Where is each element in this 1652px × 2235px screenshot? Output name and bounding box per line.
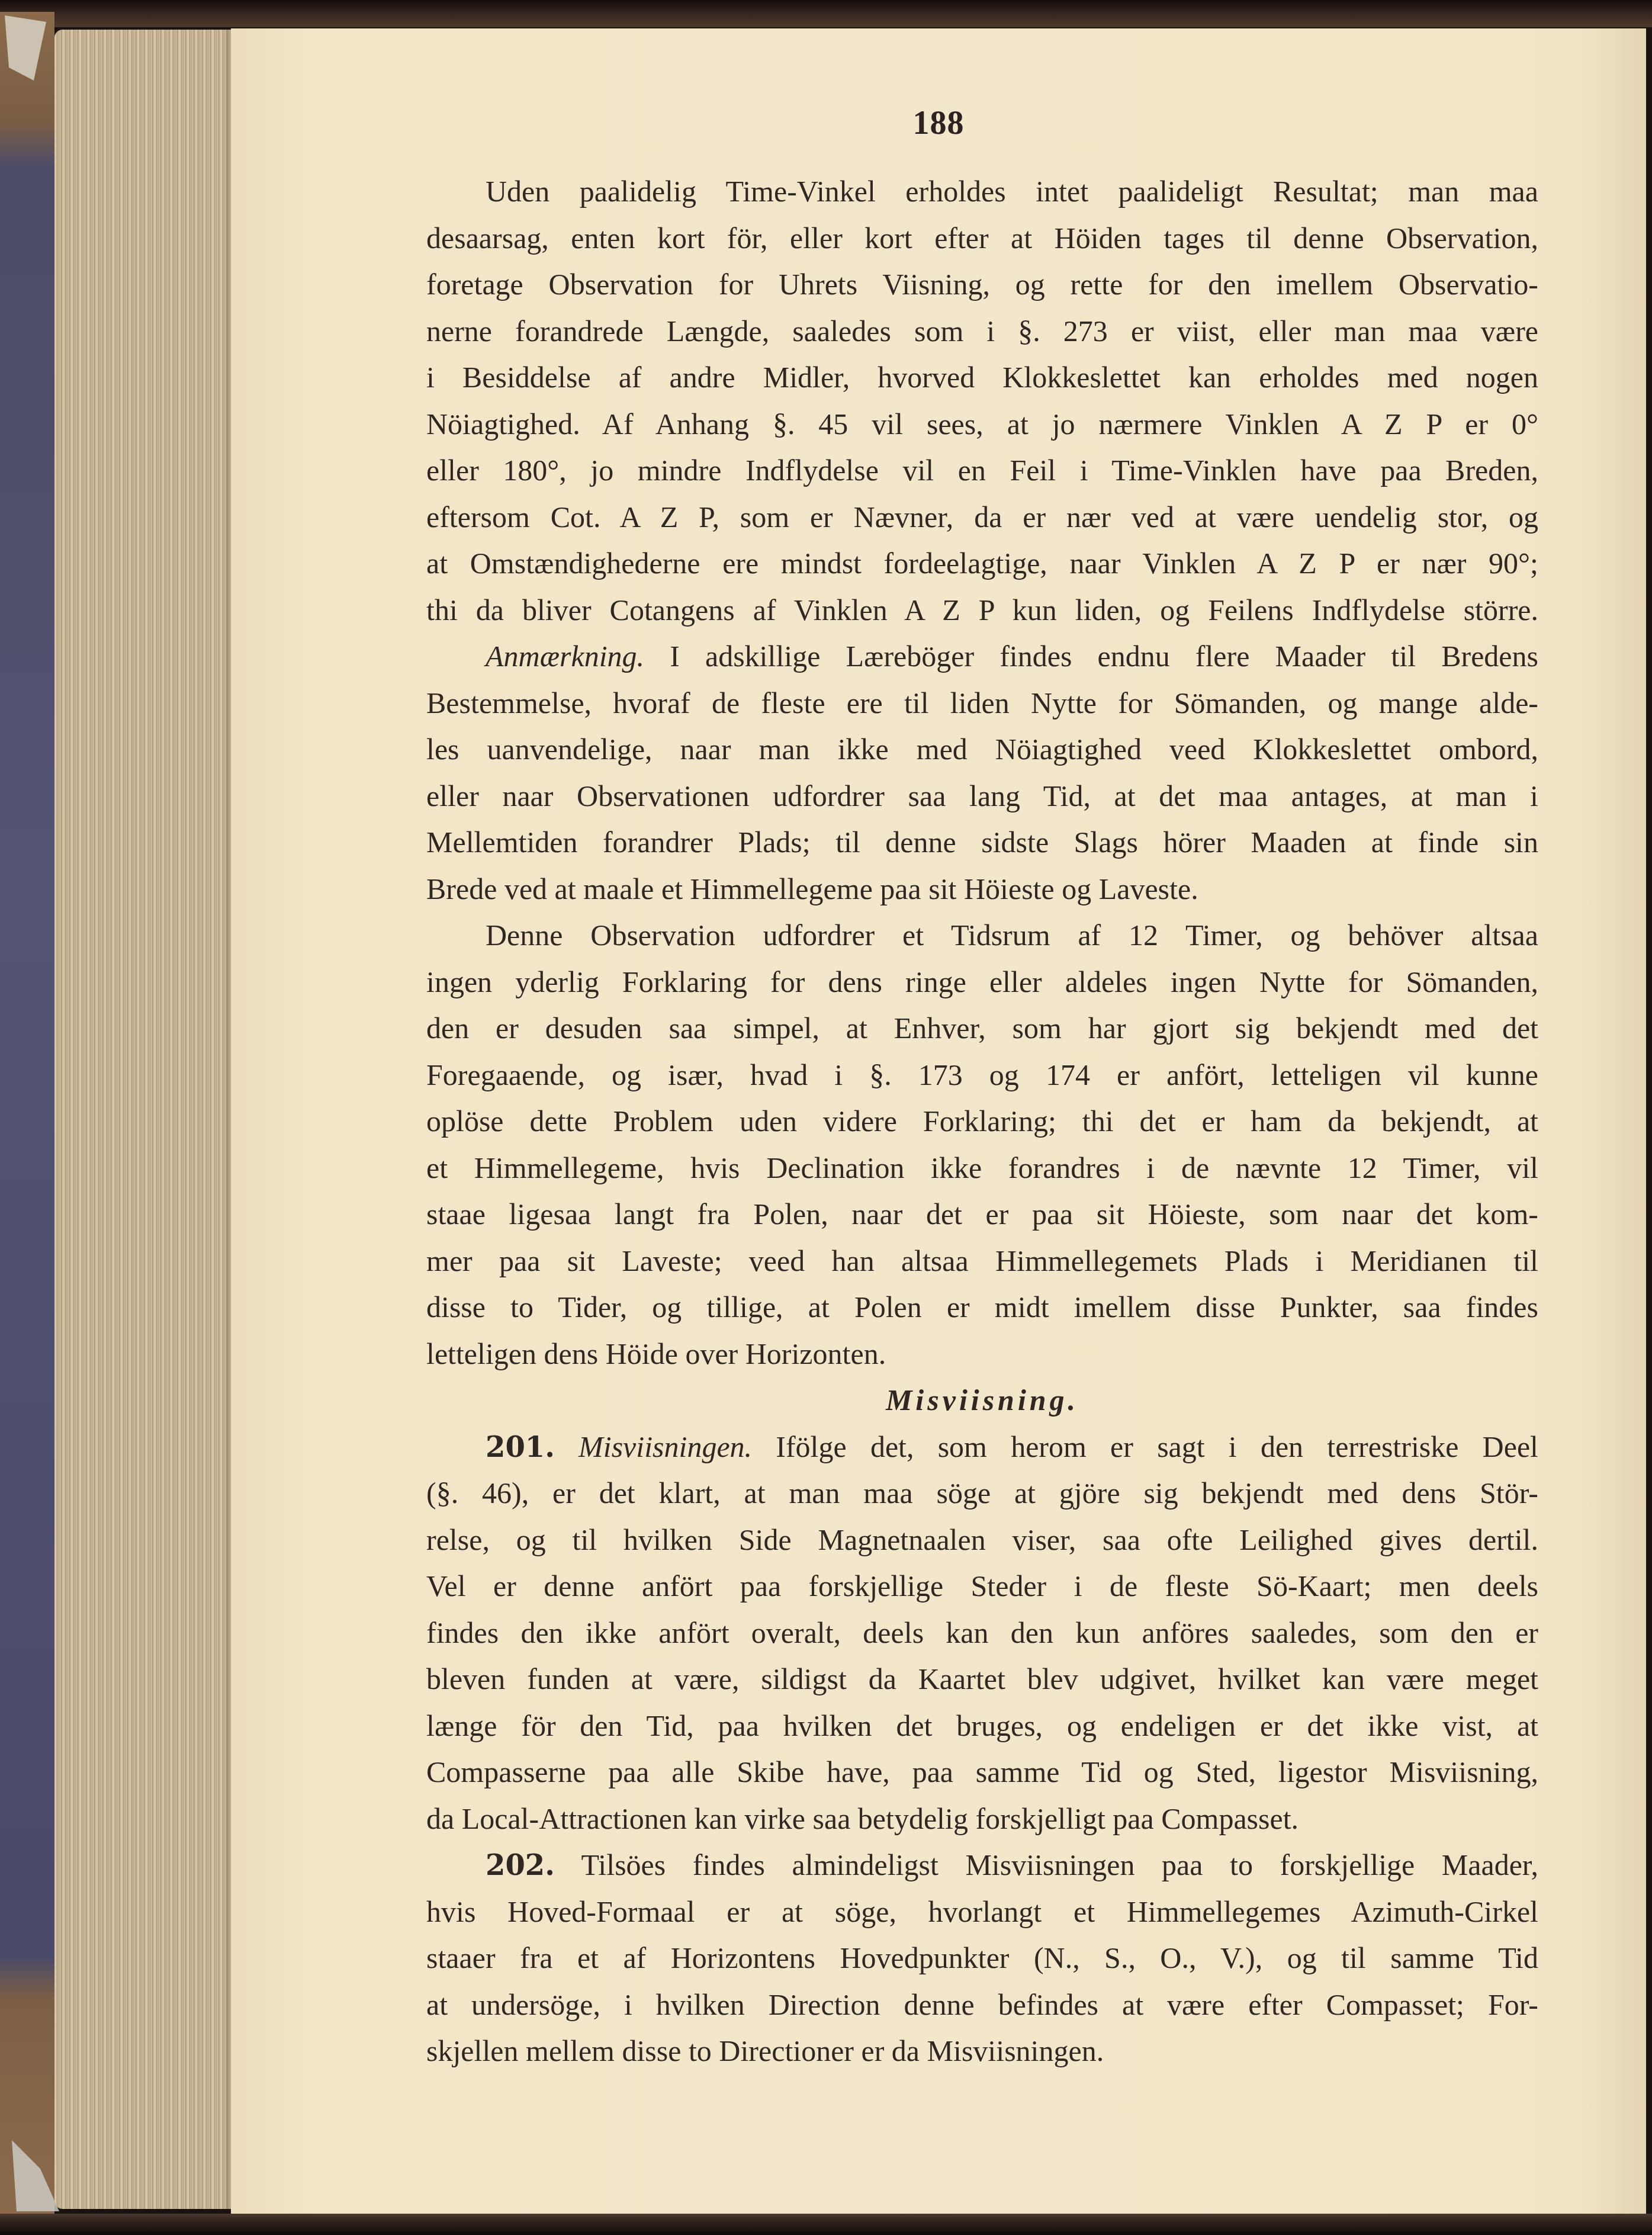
section-heading: Misviisning. [426,1377,1538,1424]
book-page: 188 Uden paalidelig Time-Vinkel erholdes… [231,28,1646,2214]
section-201: 201. Misviisningen. Ifölge det, som hero… [426,1424,1538,1842]
text-line: Anmærkning. I adskillige Læreböger finde… [426,633,1538,680]
text-line: 201. Misviisningen. Ifölge det, som hero… [426,1424,1538,1470]
section-number: 202. [486,1849,555,1882]
book-spine [0,12,54,2221]
text-line: ingen yderlig Forklaring for dens ringe … [426,959,1538,1006]
text-line: desaarsag, enten kort för, eller kort ef… [426,215,1538,262]
text-line: den er desuden saa simpel, at Enhver, so… [426,1005,1538,1052]
book-cover-top [0,0,1652,27]
text-line: 202. Tilsöes findes almindeligst Misviis… [426,1842,1538,1889]
text-line: nerne forandrede Længde, saaledes som i … [426,308,1538,355]
text-line: eller 180°, jo mindre Indflydelse vil en… [426,447,1538,494]
text-line: at undersöge, i hvilken Direction denne … [426,1982,1538,2028]
text-line: Bestemmelse, hvoraf de fleste ere til li… [426,680,1538,727]
text-line: eller naar Observationen udfordrer saa l… [426,773,1538,820]
text-line: skjellen mellem disse to Directioner er … [426,2028,1538,2075]
paragraph-remark: Anmærkning. I adskillige Læreböger finde… [426,633,1538,912]
section-number: 201. [486,1431,555,1464]
text-line: et Himmellegeme, hvis Declination ikke f… [426,1145,1538,1192]
text-line: findes den ikke anfört overalt, deels ka… [426,1610,1538,1656]
text-line: staaer fra et af Horizontens Hovedpunkte… [426,1935,1538,1982]
text-line: disse to Tider, og tillige, at Polen er … [426,1284,1538,1331]
text-line: Vel er denne anfört paa forskjellige Ste… [426,1563,1538,1610]
text-line: letteligen dens Höide over Horizonten. [426,1331,1538,1377]
text-line: da Local-Attractionen kan virke saa bety… [426,1796,1538,1842]
text-line: Compasserne paa alle Skibe have, paa sam… [426,1749,1538,1796]
page-edges [54,30,232,2209]
book-cover-bottom [0,2214,1652,2235]
text-line: at Omstændighederne ere mindst fordeelag… [426,540,1538,587]
text-line: eftersom Cot. A Z P, som er Nævner, da e… [426,494,1538,541]
text-block: Uden paalidelig Time-Vinkel erholdes int… [426,168,1538,2075]
text-line: thi da bliver Cotangens af Vinklen A Z P… [426,587,1538,634]
text-line: Uden paalidelig Time-Vinkel erholdes int… [426,168,1538,215]
text-line: relse, og til hvilken Side Magnetnaalen … [426,1517,1538,1563]
text-line: Brede ved at maale et Himmellegeme paa s… [426,866,1538,913]
text-line: hvis Hoved-Formaal er at söge, hvorlangt… [426,1889,1538,1935]
paragraph-hour-angle: Uden paalidelig Time-Vinkel erholdes int… [426,168,1538,633]
text-line: længe för den Tid, paa hvilken det bruge… [426,1703,1538,1749]
paragraph-observation: Denne Observation udfordrer et Tidsrum a… [426,912,1538,1377]
text-line-rest: I adskillige Læreböger findes endnu fler… [644,640,1538,673]
text-line: Foregaaende, og især, hvad i §. 173 og 1… [426,1052,1538,1099]
section-title: Misviisningen. [578,1430,752,1463]
text-line: i Besiddelse af andre Midler, hvorved Kl… [426,354,1538,401]
remark-label: Anmærkning. [486,640,644,673]
text-line-rest: Tilsöes findes almindeligst Misviisninge… [555,1848,1538,1881]
text-line: mer paa sit Laveste; veed han altsaa Him… [426,1238,1538,1285]
text-line: foretage Observation for Uhrets Viisning… [426,261,1538,308]
text-line: staae ligesaa langt fra Polen, naar det … [426,1191,1538,1238]
text-line: bleven funden at være, sildigst da Kaart… [426,1656,1538,1703]
text-line: (§. 46), er det klart, at man maa söge a… [426,1470,1538,1517]
section-heading-text: Misviisning. [886,1383,1079,1417]
text-line: Denne Observation udfordrer et Tidsrum a… [426,912,1538,959]
text-line: les uanvendelige, naar man ikke med Nöia… [426,726,1538,773]
section-202: 202. Tilsöes findes almindeligst Misviis… [426,1842,1538,2075]
text-line: Nöiagtighed. Af Anhang §. 45 vil sees, a… [426,401,1538,448]
page-number: 188 [231,104,1646,142]
text-line: Mellemtiden forandrer Plads; til denne s… [426,819,1538,866]
text-line-rest: Ifölge det, som herom er sagt i den terr… [752,1430,1538,1463]
text-line: oplöse dette Problem uden videre Forklar… [426,1098,1538,1145]
